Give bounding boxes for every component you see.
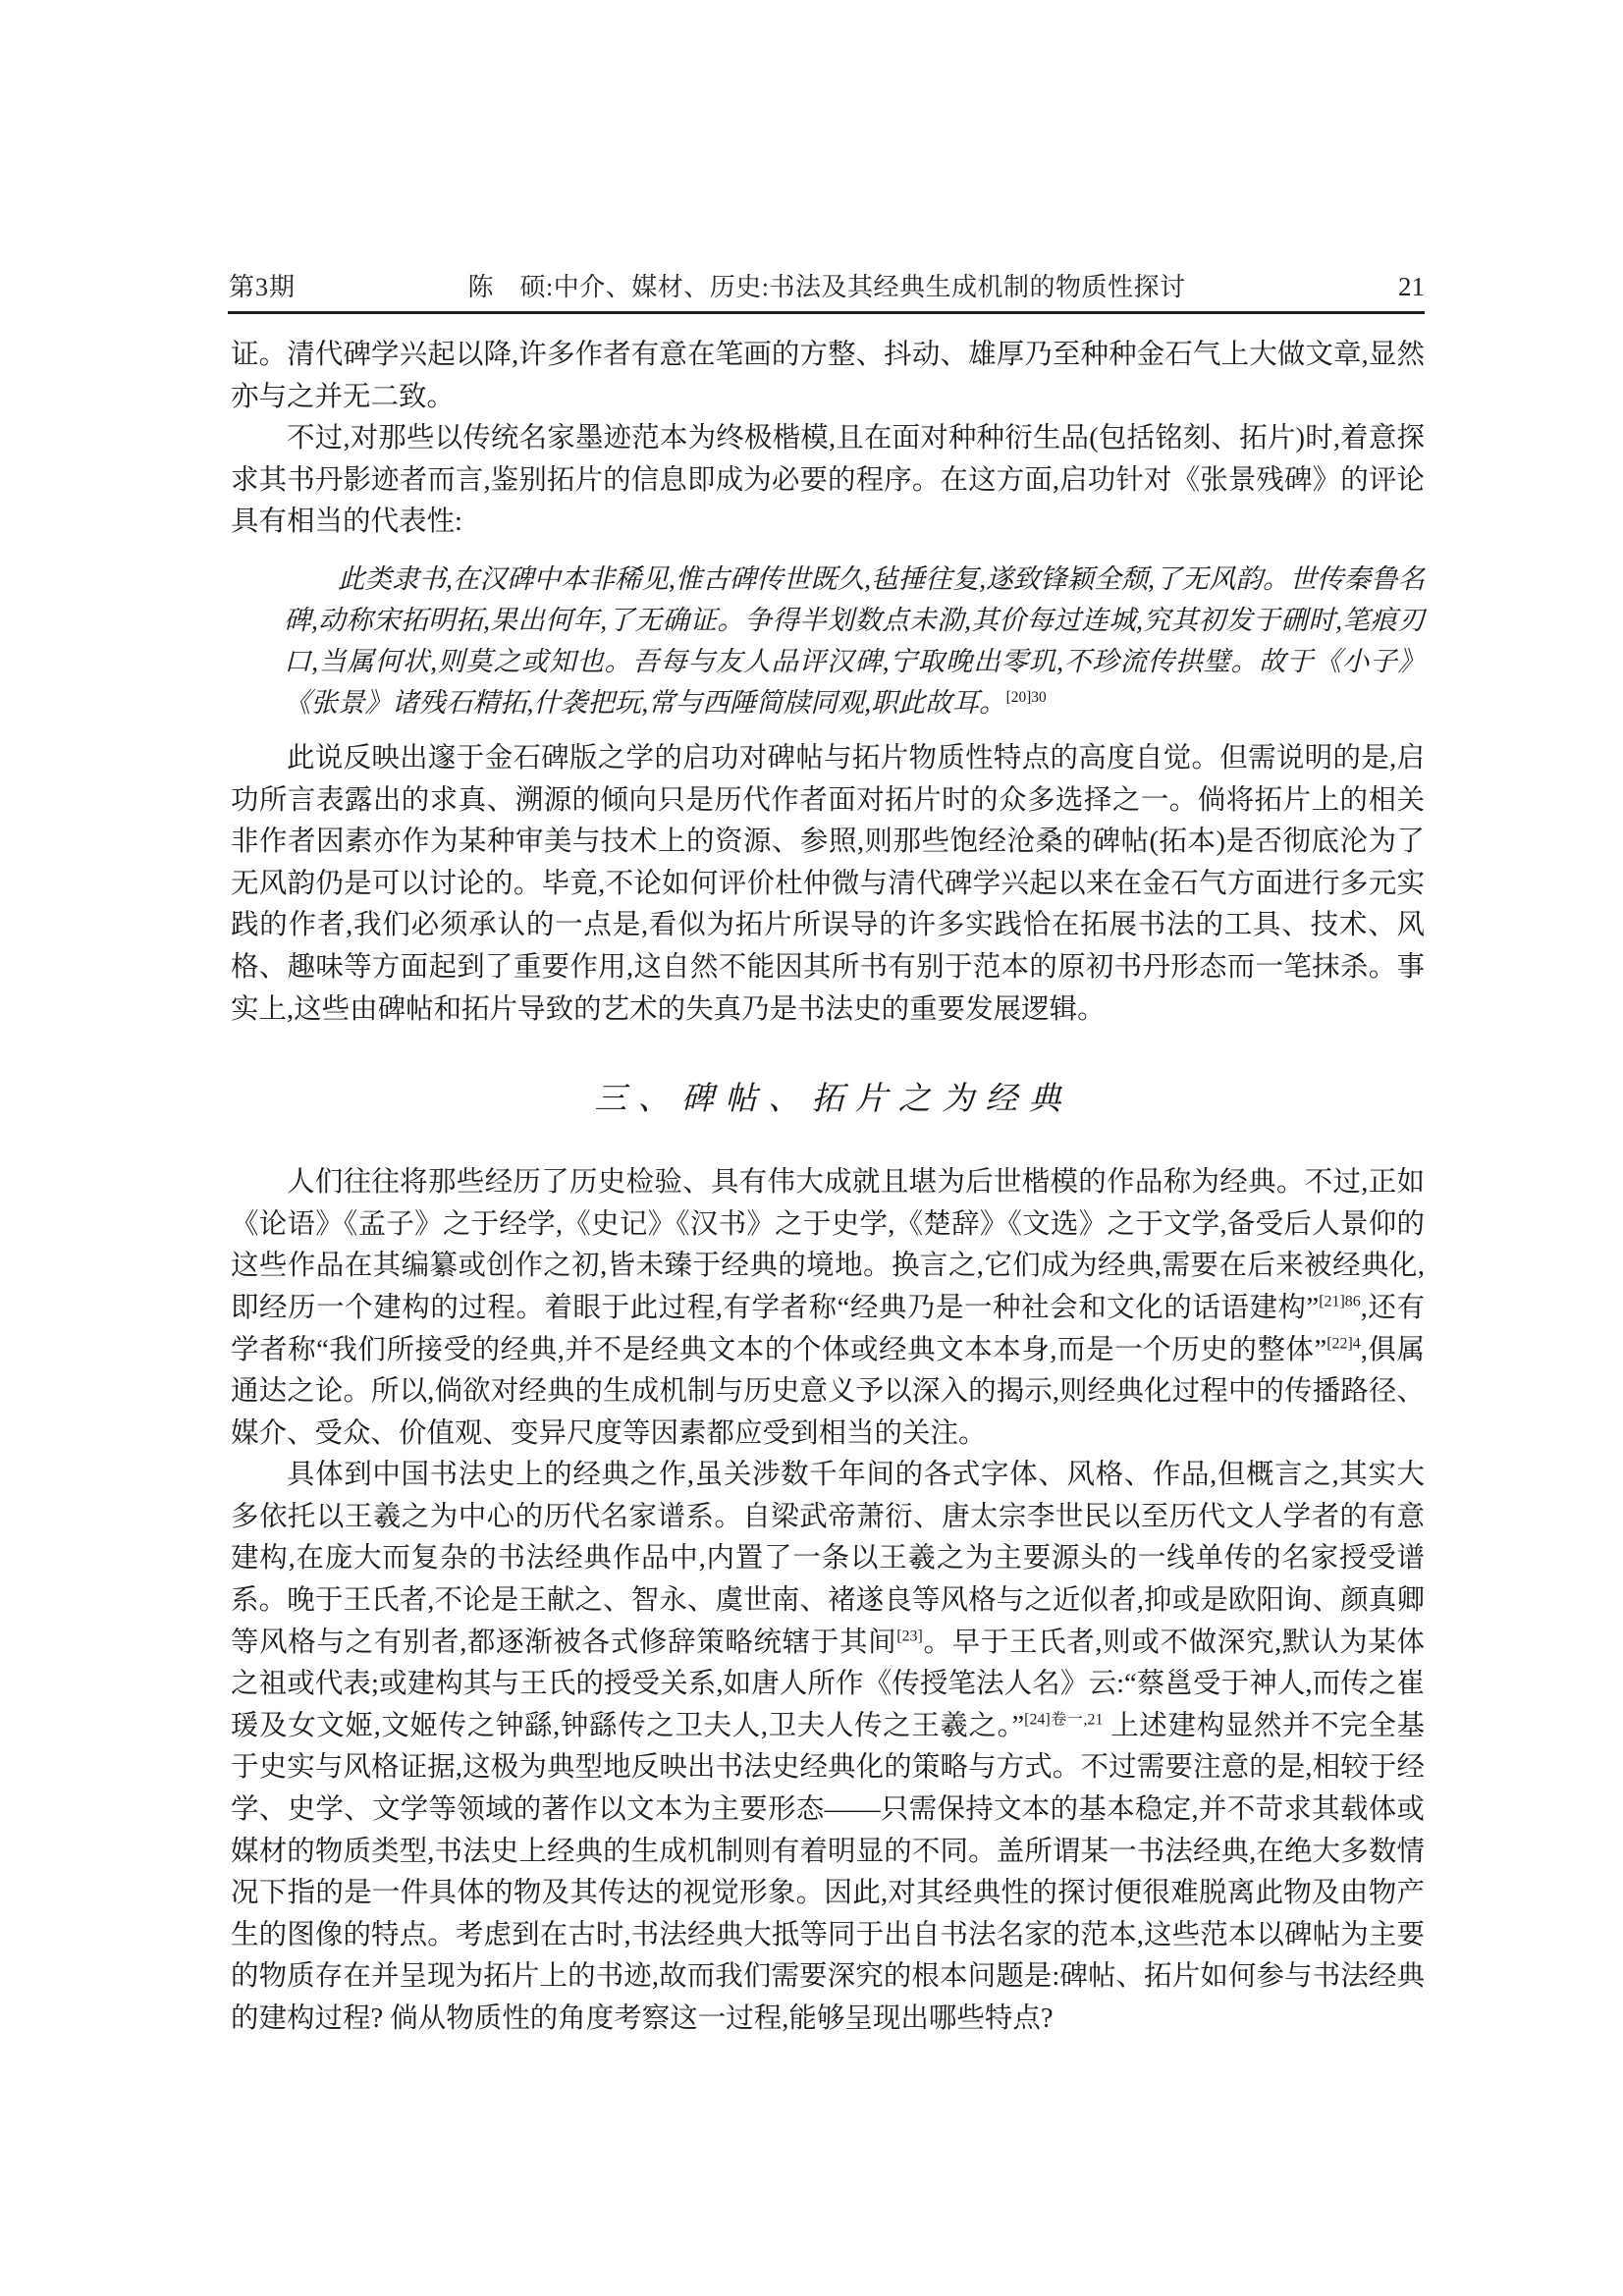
page-header: 第3期 陈 硕:中介、媒材、历史:书法及其经典生成机制的物质性探讨 21 (229, 271, 1425, 303)
citation-superscript: [20]30 (1006, 689, 1047, 706)
citation-superscript: [22]4 (1326, 1335, 1361, 1352)
citation-superscript: [24]卷一,21 (1024, 1711, 1103, 1728)
citation-superscript: [21]86 (1319, 1293, 1361, 1309)
paragraph-4: 人们往往将那些经历了历史检验、具有伟大成就且堪为后世楷模的作品称为经典。不过,正… (231, 1162, 1425, 1455)
issue-label: 第3期 (229, 272, 376, 303)
article-body: 证。清代碑学兴起以降,许多作者有意在笔画的方整、抖动、雄厚乃至种种金石气上大做文… (231, 335, 1425, 2041)
running-title: 陈 硕:中介、媒材、历史:书法及其经典生成机制的物质性探讨 (376, 272, 1277, 303)
header-rule (228, 311, 1425, 314)
journal-page-scan: 第3期 陈 硕:中介、媒材、历史:书法及其经典生成机制的物质性探讨 21 证。清… (0, 0, 1623, 2296)
page-number: 21 (1277, 271, 1425, 302)
paragraph-5: 具体到中国书法史上的经典之作,虽关涉数千年间的各式字体、风格、作品,但概言之,其… (231, 1455, 1425, 2040)
paragraph-3: 此说反映出邃于金石碑版之学的启功对碑帖与拓片物质性特点的高度自觉。但需说明的是,… (231, 738, 1425, 1031)
paragraph-continuation: 证。清代碑学兴起以降,许多作者有意在笔画的方整、抖动、雄厚乃至种种金石气上大做文… (231, 335, 1425, 418)
citation-superscript: [23] (896, 1628, 923, 1644)
block-quote-qigong: 此类隶书,在汉碑中本非稀见,惟古碑传世既久,毡捶往复,遂致锋颖全颓,了无风韵。世… (284, 559, 1425, 723)
section-heading: 三、碑帖、拓片之为经典 (231, 1076, 1425, 1123)
paragraph-2: 不过,对那些以传统名家墨迹范本为终极楷模,且在面对种种衍生品(包括铭刻、拓片)时… (231, 418, 1425, 544)
